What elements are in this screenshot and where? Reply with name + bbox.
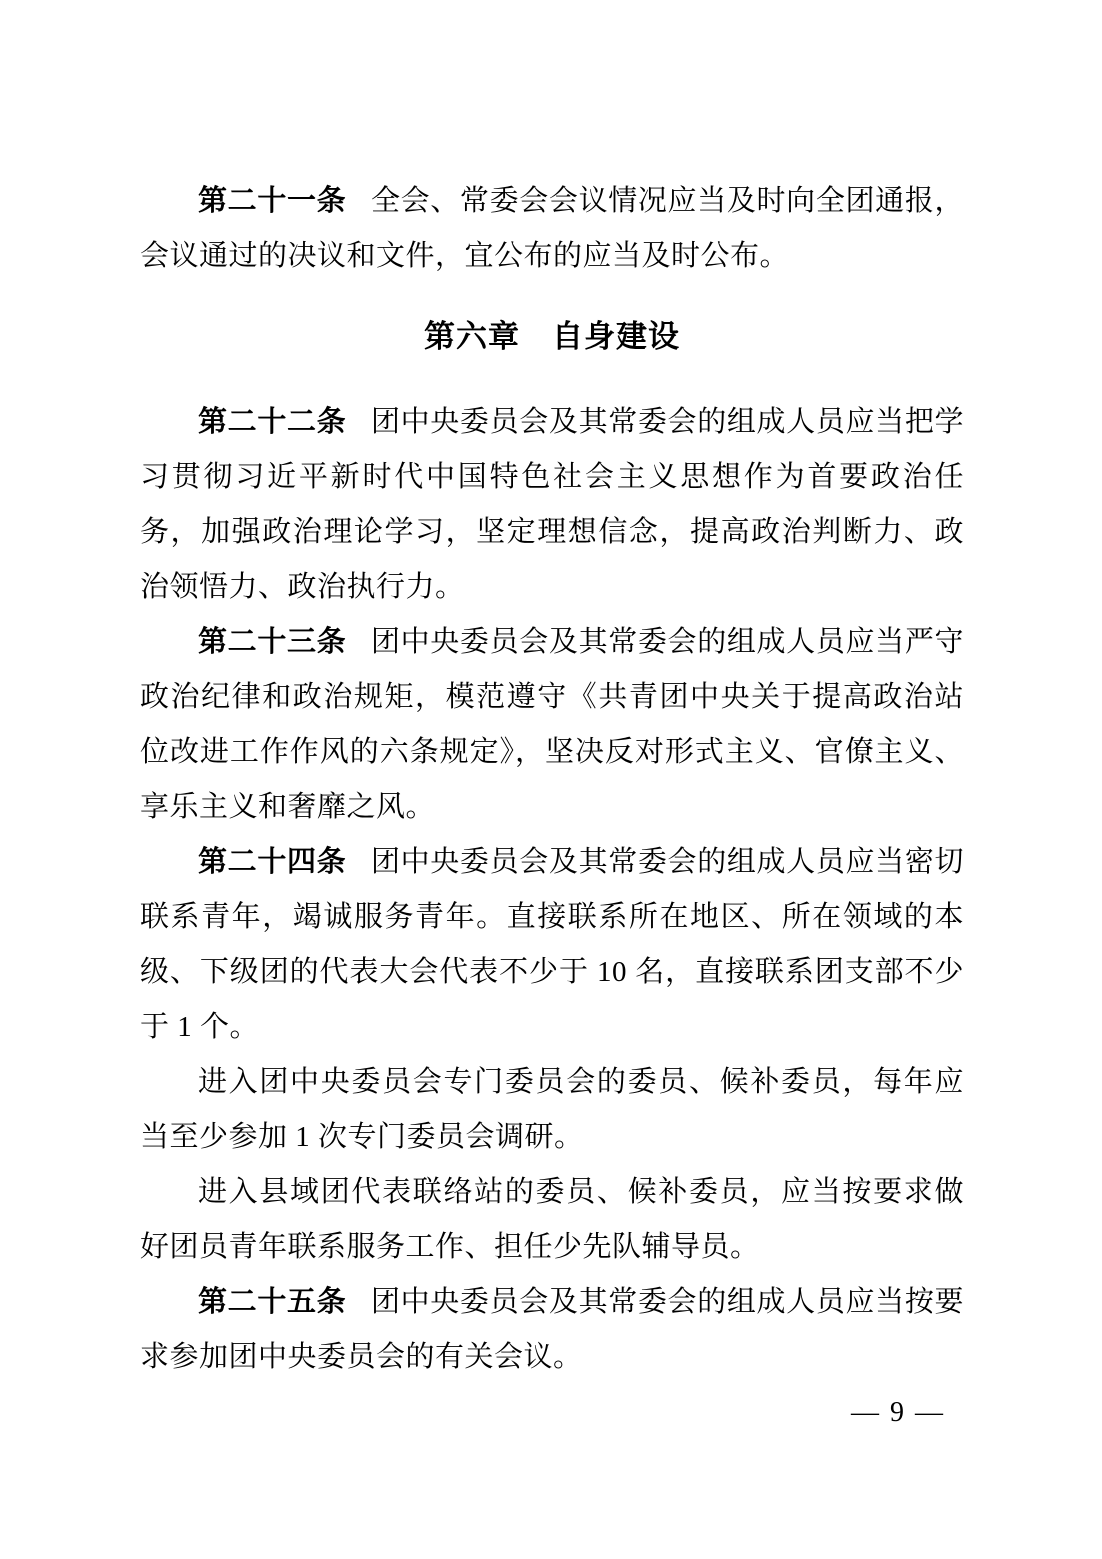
article-23: 第二十三条团中央委员会及其常委会的组成人员应当严守政治纪律和政治规矩，模范遵守《… bbox=[140, 615, 964, 835]
chapter-6-heading: 第六章 自身建设 bbox=[140, 309, 964, 364]
article-25-number: 第二十五条 bbox=[198, 1286, 346, 1318]
article-22-number: 第二十二条 bbox=[198, 406, 346, 438]
article-21: 第二十一条全会、常委会会议情况应当及时向全团通报，会议通过的决议和文件，宜公布的… bbox=[140, 174, 964, 284]
document-page: 第二十一条全会、常委会会议情况应当及时向全团通报，会议通过的决议和文件，宜公布的… bbox=[0, 0, 1102, 1559]
article-24-paragraph-3: 进入县域团代表联络站的委员、候补委员，应当按要求做好团员青年联系服务工作、担任少… bbox=[140, 1165, 964, 1275]
article-24: 第二十四条团中央委员会及其常委会的组成人员应当密切联系青年，竭诚服务青年。直接联… bbox=[140, 835, 964, 1055]
article-24-paragraph-2: 进入团中央委员会专门委员会的委员、候补委员，每年应当至少参加 1 次专门委员会调… bbox=[140, 1055, 964, 1165]
article-21-number: 第二十一条 bbox=[198, 185, 346, 217]
article-24-number: 第二十四条 bbox=[198, 846, 346, 878]
article-25: 第二十五条团中央委员会及其常委会的组成人员应当按要求参加团中央委员会的有关会议。 bbox=[140, 1275, 964, 1385]
article-23-number: 第二十三条 bbox=[198, 626, 346, 658]
document-body: 第二十一条全会、常委会会议情况应当及时向全团通报，会议通过的决议和文件，宜公布的… bbox=[140, 174, 964, 1385]
page-number: — 9 — bbox=[851, 1385, 945, 1440]
article-22: 第二十二条团中央委员会及其常委会的组成人员应当把学习贯彻习近平新时代中国特色社会… bbox=[140, 395, 964, 615]
